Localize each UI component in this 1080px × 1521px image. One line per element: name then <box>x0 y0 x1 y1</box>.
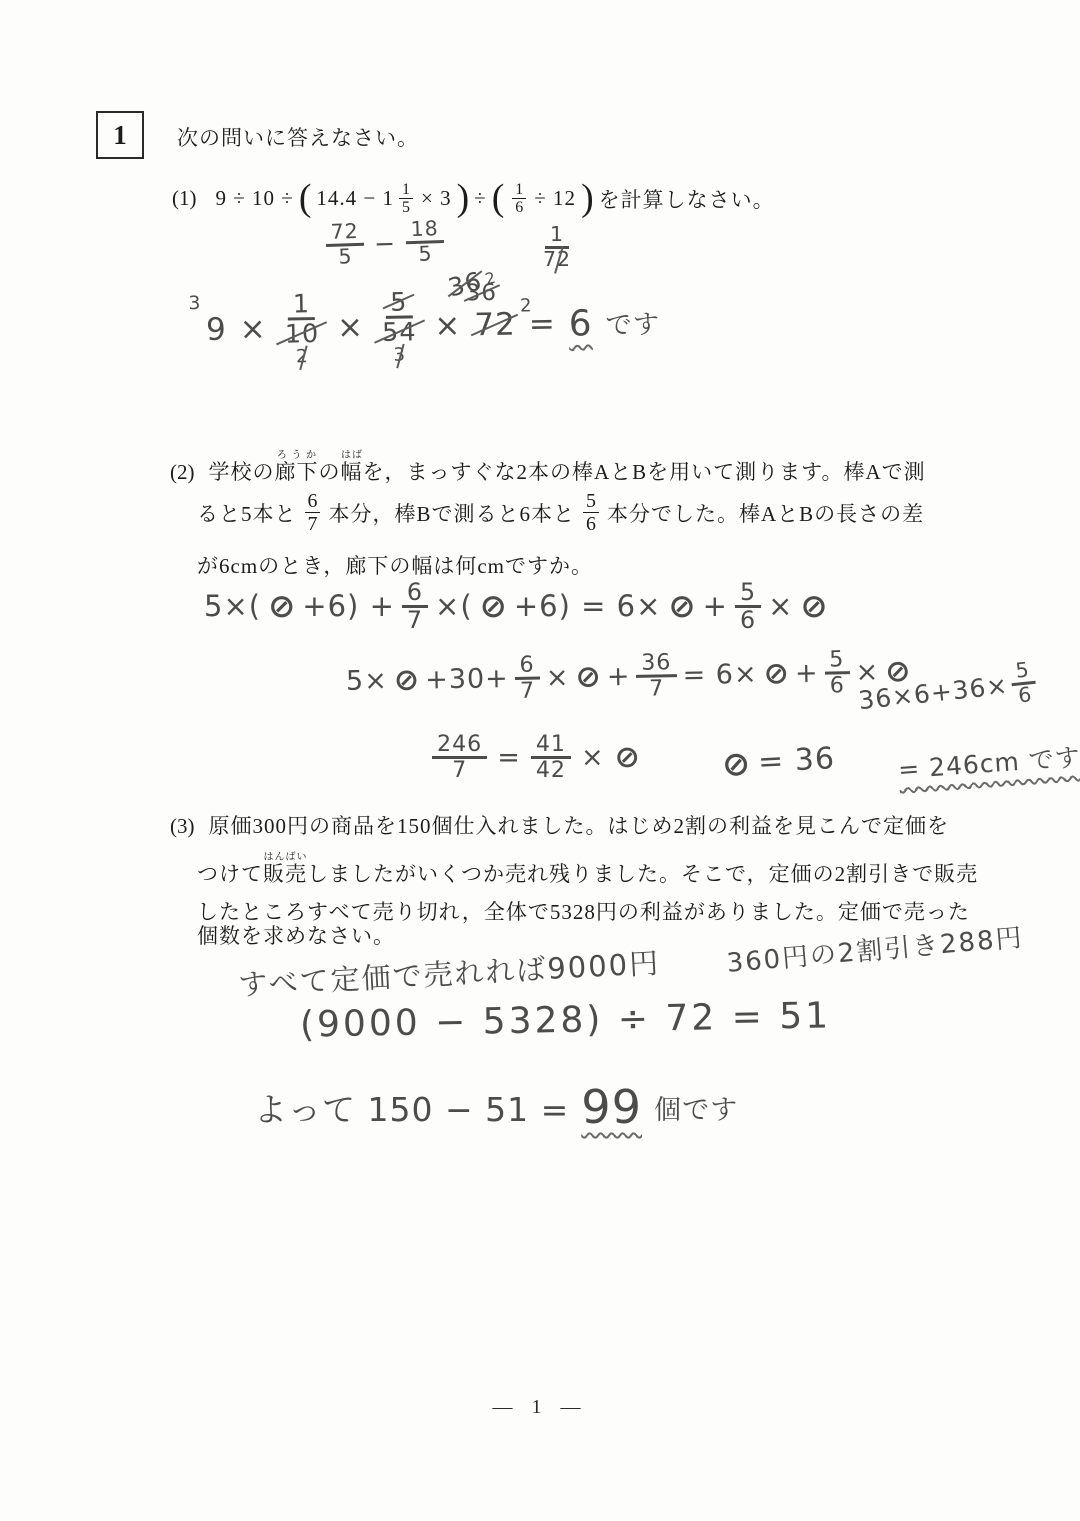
q2-line1: (2)学校の廊下ろうかの幅はばを，まっすぐな2本の棒AとBを用いて測ります。棒A… <box>170 450 926 486</box>
q2-line3: が6cmのとき，廊下の幅は何cmですか。 <box>197 550 593 580</box>
q2-rouka-ruby: 廊下ろうか <box>275 460 319 484</box>
q2-line2-a: ると5本と <box>197 498 297 528</box>
hw-72-group: 36 2 72 <box>474 307 516 344</box>
hw-frac-36-7: 36 7 <box>636 651 677 701</box>
hatched-circle-icon: ⊘ <box>800 587 827 625</box>
q3-hanbai-ruby: 販売はんばい <box>263 862 307 886</box>
q1-hw-answer: 6 <box>568 303 592 344</box>
hw-frac-1-72: 1 72 <box>538 224 576 270</box>
q3-line2: つけて販売はんばいしましたがいくつか売れ残りました。そこで，定価の2割引きで販売 <box>197 852 978 888</box>
q1-suffix: を計算しなさい。 <box>599 184 775 214</box>
q1-rparen2: ) <box>581 180 594 219</box>
q2-frac-5-6: 5 6 <box>583 490 599 536</box>
q3-hw-note-right: 360円の2割引き288円 <box>725 917 1025 980</box>
q2-line2-b: 本分，棒Bで測ると6本と <box>328 498 575 528</box>
q1-formula-line: (1) 9 ÷ 10 ÷ ( 14.4 − 1 1 5 × 3 ) ÷ ( 1 … <box>172 180 775 218</box>
q1-rparen1: ) <box>457 180 470 219</box>
hw-times-3: × <box>434 308 462 344</box>
q1-frac-1-6: 1 6 <box>512 181 526 218</box>
hatched-circle-icon: ⊘ <box>394 663 420 698</box>
hw-nine-group: 3 9 <box>206 312 227 348</box>
q2-hw-answer: = 246cm です <box>897 738 1080 787</box>
hw-nine: 9 <box>206 312 227 348</box>
q3-line4: 個数を求めなさい。 <box>197 920 395 950</box>
q3-line1: (3)原価300円の商品を150個仕入れました。はじめ2割の利益を見こんで定価を <box>170 810 949 840</box>
q3-line1-text: 原価300円の商品を150個仕入れました。はじめ2割の利益を見こんで定価を <box>209 814 950 838</box>
hw-72: 72 <box>474 307 516 344</box>
hw-frac-6-7: 6 7 <box>514 654 540 704</box>
hw-frac-41-42: 41 42 <box>531 733 571 782</box>
q1-lparen1: ( <box>299 180 312 219</box>
q2-hw-line3: 246 7 = 41 42 × ⊘ <box>432 733 640 782</box>
q2-line1-b: の <box>319 460 341 484</box>
q3-line2-b: しましたがいくつか売れ残りました。そこで，定価の2割引きで販売 <box>307 862 978 886</box>
q3-line2-a: つけて <box>197 862 263 886</box>
hw-frac-6-7: 6 7 <box>402 580 428 633</box>
hw-sup-3: 3 <box>188 293 201 314</box>
hw-frac-5-6: 5 6 <box>1010 659 1039 707</box>
q2-hw-line2: 5× ⊘ +30+ 6 7 × ⊘ + 36 7 = 6× ⊘ + 5 6 × … <box>346 647 911 706</box>
hw-frac-5-6: 5 6 <box>824 648 850 698</box>
q1-seg3: × 3 <box>421 186 452 211</box>
hw-frac-18-5: 18 5 <box>405 218 445 265</box>
hatched-circle-icon: ⊘ <box>668 587 695 625</box>
q2-hw-line1: 5×( ⊘ +6) + 6 7 ×( ⊘ +6) = 6× ⊘ + 5 6 × … <box>204 580 828 633</box>
q1-seg1: 9 ÷ 10 ÷ <box>216 186 294 211</box>
q2-haba-ruby: 幅はば <box>341 460 363 484</box>
hw-72-sup-2: 2 <box>520 296 533 317</box>
q3-label: (3) <box>170 814 195 838</box>
hw-frac-72-5: 72 5 <box>325 221 365 268</box>
hw-frac-246-7: 246 7 <box>432 733 487 782</box>
hatched-circle-icon: ⊘ <box>763 656 789 691</box>
q1-seg5: ÷ 12 <box>534 186 576 211</box>
q2-line2: ると5本と 6 7 本分，棒Bで測ると6本と 5 6 本分でした。棒AとBの長さ… <box>197 490 924 536</box>
problem-number: 1 <box>113 120 127 151</box>
q2-line2-c: 本分でした。棒AとBの長さの差 <box>607 498 924 528</box>
q3-hw-yotte: よって 150 − 51 = <box>254 1084 569 1131</box>
q3-hw-answer-99: 99 <box>581 1080 642 1134</box>
q1-lparen2: ( <box>492 180 505 219</box>
q2-hw-b-equals-36: ⊘ = 36 <box>721 739 836 784</box>
hw-frac-5-6: 5 6 <box>735 580 761 633</box>
hw-equals: = <box>528 306 556 342</box>
q1-label: (1) <box>172 186 197 211</box>
q3-hw-ko-desu: 個です <box>654 1088 738 1127</box>
q1-hw-main-line: 3 9 × 1 10 2 × 5 54 3 × 36 2 72 = 6 です <box>205 284 660 368</box>
hatched-circle-icon: ⊘ <box>615 740 640 775</box>
q2-line1-c: を，まっすぐな2本の棒AとBを用いて測ります。棒Aで測 <box>363 460 926 484</box>
hw-72-above-36: 36 <box>466 280 498 307</box>
hw-frac-5-54: 5 54 3 <box>376 288 422 365</box>
exam-page: 1 次の問いに答えなさい。 (1) 9 ÷ 10 ÷ ( 14.4 − 1 1 … <box>0 0 1080 1521</box>
q3-hw-calc-line: (9000 − 5328) ÷ 72 = 51 <box>300 995 832 1045</box>
hw-times-2: × <box>337 309 365 345</box>
hatched-circle-icon: ⊘ <box>575 660 601 695</box>
q1-hw-frac-1-72: 1 72 <box>538 224 576 270</box>
problem-number-box: 1 <box>96 111 144 159</box>
hatched-circle-icon: ⊘ <box>268 587 295 625</box>
footer-page-number: — 1 — <box>0 1396 1080 1419</box>
hatched-circle-icon: ⊘ <box>721 744 751 784</box>
q2-frac-6-7: 6 7 <box>305 490 321 536</box>
hw-frac-1-10: 1 10 2 <box>279 290 325 367</box>
instruction-text: 次の問いに答えなさい。 <box>177 122 419 152</box>
q3-hw-answer-line: よって 150 − 51 = 99 個です <box>254 1080 738 1134</box>
q1-seg2: 14.4 − 1 <box>316 186 394 211</box>
q2-label: (2) <box>170 460 195 484</box>
q1-seg4: ÷ <box>474 186 487 211</box>
q1-hw-desu: です <box>605 303 660 342</box>
q1-hw-top-row: 72 5 − 18 5 <box>325 218 445 268</box>
q2-line1-a: 学校の <box>209 460 275 484</box>
hw-minus: − <box>374 228 397 258</box>
hw-times-1: × <box>239 311 267 347</box>
hatched-circle-icon: ⊘ <box>480 587 507 625</box>
q3-hw-note-left: すべて定価で売れれば9000円 <box>237 941 661 1004</box>
q1-frac-1-5: 1 5 <box>399 181 413 218</box>
